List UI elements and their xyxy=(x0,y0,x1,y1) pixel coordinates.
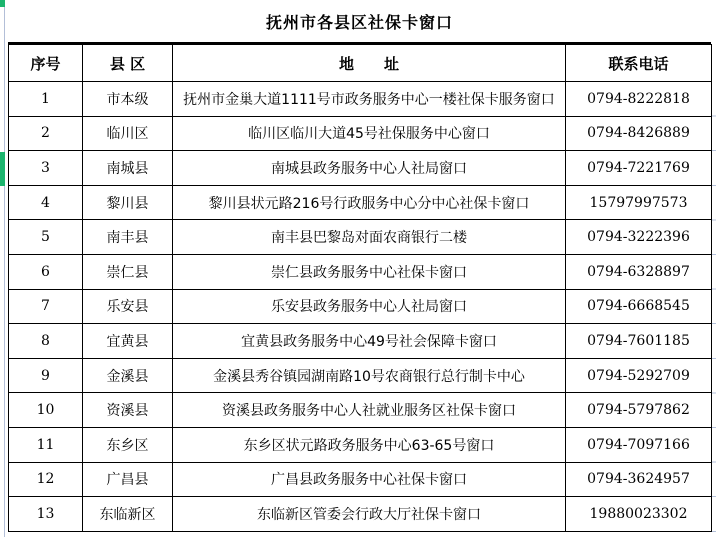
social-security-card-table: 抚州市各县区社保卡窗口 序号 县 区 地 址 联系电话 1市本级抚州市金巢大道1… xyxy=(8,0,711,532)
header-serial-number: 序号 xyxy=(9,45,83,82)
row-number-cell: 13 xyxy=(9,497,83,532)
phone-cell: 0794-8426889 xyxy=(566,116,712,151)
district-cell: 宜黄县 xyxy=(83,324,173,359)
district-cell: 乐安县 xyxy=(83,289,173,324)
district-cell: 南丰县 xyxy=(83,220,173,255)
address-cell: 南丰县巴黎岛对面农商银行二楼 xyxy=(173,220,566,255)
row-number-cell: 8 xyxy=(9,324,83,359)
table-row: 9金溪县金溪县秀谷镇园湖南路10号农商银行总行制卡中心0794-5292709 xyxy=(9,358,712,393)
address-cell: 黎川县状元路216号行政服务中心分中心社保卡窗口 xyxy=(173,185,566,220)
phone-cell: 15797997573 xyxy=(566,185,712,220)
district-cell: 东乡区 xyxy=(83,427,173,462)
district-cell: 临川区 xyxy=(83,116,173,151)
header-district: 县 区 xyxy=(83,45,173,82)
row-number-cell: 11 xyxy=(9,427,83,462)
table-row: 11东乡区东乡区状元路政务服务中心63-65号窗口0794-7097166 xyxy=(9,427,712,462)
phone-cell: 0794-5797862 xyxy=(566,393,712,428)
table-row: 10资溪县资溪县政务服务中心人社就业服务区社保卡窗口0794-5797862 xyxy=(9,393,712,428)
row-number-cell: 12 xyxy=(9,462,83,497)
header-phone: 联系电话 xyxy=(566,45,712,82)
row-number-cell: 1 xyxy=(9,82,83,117)
table-row: 1市本级抚州市金巢大道1111号市政务服务中心一楼社保卡服务窗口0794-822… xyxy=(9,82,712,117)
left-gridline xyxy=(4,0,5,537)
table-body: 1市本级抚州市金巢大道1111号市政务服务中心一楼社保卡服务窗口0794-822… xyxy=(9,82,712,532)
row-number-cell: 4 xyxy=(9,185,83,220)
table-row: 13东临新区东临新区管委会行政大厅社保卡窗口19880023302 xyxy=(9,497,712,532)
table-row: 6崇仁县崇仁县政务服务中心社保卡窗口0794-6328897 xyxy=(9,254,712,289)
phone-cell: 0794-3222396 xyxy=(566,220,712,255)
district-cell: 黎川县 xyxy=(83,185,173,220)
address-cell: 乐安县政务服务中心人社局窗口 xyxy=(173,289,566,324)
address-cell: 抚州市金巢大道1111号市政务服务中心一楼社保卡服务窗口 xyxy=(173,82,566,117)
address-cell: 金溪县秀谷镇园湖南路10号农商银行总行制卡中心 xyxy=(173,358,566,393)
district-cell: 金溪县 xyxy=(83,358,173,393)
phone-cell: 0794-7097166 xyxy=(566,427,712,462)
spreadsheet-canvas: 抚州市各县区社保卡窗口 序号 县 区 地 址 联系电话 1市本级抚州市金巢大道1… xyxy=(0,0,716,537)
district-cell: 东临新区 xyxy=(83,497,173,532)
header-row: 序号 县 区 地 址 联系电话 xyxy=(9,45,712,82)
phone-cell: 0794-8222818 xyxy=(566,82,712,117)
table-title: 抚州市各县区社保卡窗口 xyxy=(8,0,711,44)
phone-cell: 19880023302 xyxy=(566,497,712,532)
address-cell: 崇仁县政务服务中心社保卡窗口 xyxy=(173,254,566,289)
phone-cell: 0794-6668545 xyxy=(566,289,712,324)
district-cell: 南城县 xyxy=(83,151,173,186)
row-number-cell: 10 xyxy=(9,393,83,428)
table-row: 7乐安县乐安县政务服务中心人社局窗口0794-6668545 xyxy=(9,289,712,324)
green-row-selection-marker xyxy=(0,152,5,186)
row-number-cell: 6 xyxy=(9,254,83,289)
address-cell: 宜黄县政务服务中心49号社会保障卡窗口 xyxy=(173,324,566,359)
row-number-cell: 2 xyxy=(9,116,83,151)
district-cell: 崇仁县 xyxy=(83,254,173,289)
address-cell: 广昌县政务服务中心社保卡窗口 xyxy=(173,462,566,497)
address-cell: 临川区临川大道45号社保服务中心窗口 xyxy=(173,116,566,151)
phone-cell: 0794-7601185 xyxy=(566,324,712,359)
row-number-cell: 3 xyxy=(9,151,83,186)
row-number-cell: 5 xyxy=(9,220,83,255)
table-row: 12广昌县广昌县政务服务中心社保卡窗口0794-3624957 xyxy=(9,462,712,497)
row-number-cell: 9 xyxy=(9,358,83,393)
district-cell: 广昌县 xyxy=(83,462,173,497)
address-cell: 资溪县政务服务中心人社就业服务区社保卡窗口 xyxy=(173,393,566,428)
address-cell: 东乡区状元路政务服务中心63-65号窗口 xyxy=(173,427,566,462)
district-cell: 资溪县 xyxy=(83,393,173,428)
table-row: 8宜黄县宜黄县政务服务中心49号社会保障卡窗口0794-7601185 xyxy=(9,324,712,359)
phone-cell: 0794-3624957 xyxy=(566,462,712,497)
phone-cell: 0794-6328897 xyxy=(566,254,712,289)
phone-cell: 0794-7221769 xyxy=(566,151,712,186)
address-cell: 南城县政务服务中心人社局窗口 xyxy=(173,151,566,186)
data-table: 序号 县 区 地 址 联系电话 1市本级抚州市金巢大道1111号市政务服务中心一… xyxy=(8,44,712,532)
district-cell: 市本级 xyxy=(83,82,173,117)
table-row: 3南城县南城县政务服务中心人社局窗口0794-7221769 xyxy=(9,151,712,186)
green-corner-mark xyxy=(0,0,5,7)
table-row: 2临川区临川区临川大道45号社保服务中心窗口0794-8426889 xyxy=(9,116,712,151)
table-row: 4黎川县黎川县状元路216号行政服务中心分中心社保卡窗口15797997573 xyxy=(9,185,712,220)
row-number-cell: 7 xyxy=(9,289,83,324)
phone-cell: 0794-5292709 xyxy=(566,358,712,393)
address-cell: 东临新区管委会行政大厅社保卡窗口 xyxy=(173,497,566,532)
table-row: 5南丰县南丰县巴黎岛对面农商银行二楼0794-3222396 xyxy=(9,220,712,255)
header-address: 地 址 xyxy=(173,45,566,82)
